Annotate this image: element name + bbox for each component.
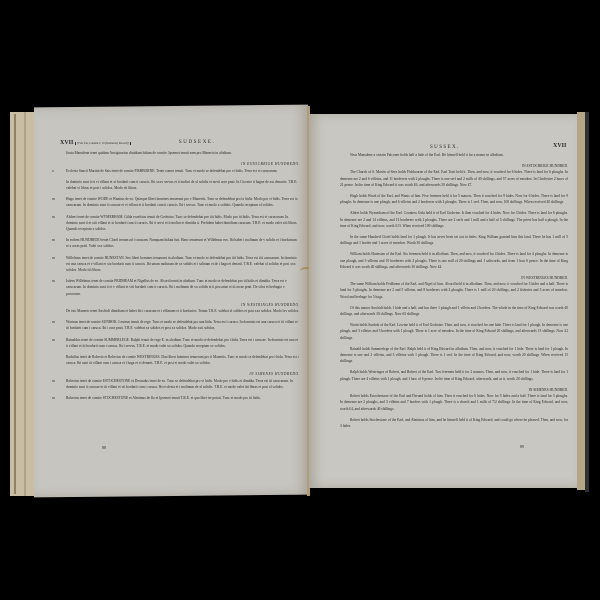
entry-text: Robert holds Stochestone of the Earl, an… bbox=[340, 418, 568, 428]
entry-text: De isto Manerio tenet Ansfridi dimidiam … bbox=[66, 309, 299, 313]
margin-mark: m bbox=[52, 337, 55, 343]
entry-paragraph: De isto Manerio tenet Ansfridi dimidiam … bbox=[60, 308, 300, 314]
book-cover bbox=[585, 112, 589, 492]
entry-text: Ralph holds Westringes of Robert, and Ro… bbox=[340, 370, 568, 380]
entry-text: Robertus tenet de comite STOCHESTONE et … bbox=[66, 396, 261, 400]
entry-text: Hugh holds Wood of the Earl, and Wanis o… bbox=[340, 194, 568, 204]
margin-mark: m bbox=[52, 214, 55, 220]
right-page-number: XVII bbox=[553, 143, 566, 149]
margin-mark: m bbox=[52, 196, 55, 202]
entry-paragraph: Robert holds Estochestone of the Earl an… bbox=[340, 393, 568, 412]
entry-text: Warinus tenet de comite SUNHOK. Leuinus … bbox=[66, 320, 298, 330]
entry-paragraph: aEcclesia Sancti Martini de Sais tenet d… bbox=[60, 168, 300, 174]
entry-paragraph: mIn eodem HUNDREDO tenet Clotel terram a… bbox=[60, 237, 300, 249]
left-page-text: XVII [Fols 24a, Column 1; 16 (Domesday R… bbox=[60, 140, 300, 406]
entry-text: Ecclesia Sancti Martini de Sais tenet de… bbox=[66, 169, 277, 173]
entry-text: Isdem Willelmus tenet de comite FRIDHEAM… bbox=[66, 279, 287, 295]
left-entries: Jouta Mansdene tenet quidam Anciginarius… bbox=[60, 150, 300, 401]
entry-paragraph: Robert holds Stochestone of the Earl, an… bbox=[340, 417, 568, 429]
margin-mark: m bbox=[52, 395, 55, 401]
entry-text: Near Mansdene a certain Falconer holds h… bbox=[350, 153, 504, 157]
entry-text: Jouta Mansdene tenet quidam Anciginarius… bbox=[66, 151, 232, 155]
entry-paragraph: Ralph holds Westringes of Robert, and Ro… bbox=[340, 369, 568, 381]
entry-paragraph: Radulfus tenet de Roberto et Robertus de… bbox=[60, 354, 300, 366]
entry-text: Warin holds Sunhok of the Earl. Lewine h… bbox=[340, 323, 568, 339]
entry-paragraph: mWarinus tenet de comite SUNHOK. Leuinus… bbox=[60, 319, 300, 331]
entry-text: Radulfus tenet de Roberto et Robertus de… bbox=[66, 355, 299, 365]
entry-paragraph: William holds Hunestan of the Earl. Six … bbox=[340, 251, 568, 270]
margin-mark: m bbox=[52, 237, 55, 243]
entry-paragraph: mRainaldus tenet de comite SUMMERLEGE. R… bbox=[60, 337, 300, 349]
right-page-edges bbox=[577, 112, 585, 490]
entry-paragraph: mAlsbert tenet de comite WYMERHAM. Gilda… bbox=[60, 214, 300, 233]
margin-mark: m bbox=[52, 319, 55, 325]
entry-text: In dominio sunt ii et vi villani et xi b… bbox=[66, 180, 297, 190]
entry-text: Alsbert tenet de comite WYMERHAM. Gilda … bbox=[66, 215, 297, 231]
entry-text: Willelmus tenet de comite HUNESTAN. Sex … bbox=[66, 256, 297, 272]
right-page-title: SUSSEX. bbox=[430, 145, 570, 150]
right-folio-number: 89 bbox=[520, 444, 524, 449]
entry-text: The Church of S. Martin of Sees holds Fi… bbox=[340, 170, 568, 186]
left-page-header: XVII [Fols 24a, Column 1; 16 (Domesday R… bbox=[60, 140, 300, 146]
entry-paragraph: mIsdem Willelmus tenet de comite FRIDHEA… bbox=[60, 278, 300, 297]
entry-paragraph: mWillelmus tenet de comite HUNESTAN. Sex… bbox=[60, 255, 300, 274]
entry-paragraph: mRobertus tenet de comite STOCHESTONE et… bbox=[60, 395, 300, 401]
open-book: XVII [Fols 24a, Column 1; 16 (Domesday R… bbox=[0, 0, 600, 600]
entry-paragraph: mRobertus tenet de comite ESTOCHESTONE e… bbox=[60, 378, 300, 390]
entry-text: In eodem HUNDREDO tenet Clotel terram ad… bbox=[66, 238, 297, 248]
right-page-text: Near Mansdene a certain Falconer holds h… bbox=[340, 152, 568, 434]
entry-text: Of this manor Ansfridi holds 1 hide and … bbox=[340, 306, 568, 316]
entry-paragraph: Of this manor Ansfridi holds 1 hide and … bbox=[340, 305, 568, 317]
left-folio-number: 88 bbox=[102, 445, 106, 450]
right-entries: Near Mansdene a certain Falconer holds h… bbox=[340, 152, 568, 429]
left-page-number: XVII bbox=[60, 140, 73, 146]
entry-paragraph: Rainald holds Summerlege of the Earl. Ra… bbox=[340, 346, 568, 365]
margin-mark: m bbox=[52, 255, 55, 261]
entry-text: The same William holds Fridheam of the E… bbox=[340, 282, 568, 298]
entry-paragraph: The Church of S. Martin of Sees holds Fi… bbox=[340, 169, 568, 188]
entry-text: Rainaldus tenet de comite SUMMERLEGE. Ra… bbox=[66, 338, 298, 348]
entry-text: In the same Hundred Clotel holds land fo… bbox=[340, 235, 568, 245]
left-page-title: SUDSEXE. bbox=[179, 140, 216, 146]
entry-paragraph: Aldret holds Wymerham of the Earl. Count… bbox=[340, 210, 568, 229]
entry-text: Robert holds Estochestone of the Earl an… bbox=[340, 394, 568, 410]
entry-text: Hugo tenet de comite WODE et Wanitus de … bbox=[66, 197, 298, 207]
entry-text: Robertus tenet de comite ESTOCHESTONE et… bbox=[66, 379, 293, 389]
entry-paragraph: Hugh holds Wood of the Earl, and Wanis o… bbox=[340, 193, 568, 205]
entry-text: Aldret holds Wymerham of the Earl. Count… bbox=[340, 211, 568, 227]
folio-reference: [Fols 24a, Column 1; 16 (Domesday Record… bbox=[75, 142, 131, 145]
entry-text: Rainald holds Summerlege of the Earl. Ra… bbox=[340, 347, 568, 363]
margin-mark: m bbox=[52, 378, 55, 384]
margin-mark: m bbox=[52, 278, 55, 284]
entry-text: William holds Hunestan of the Earl. Six … bbox=[340, 252, 568, 268]
entry-paragraph: Warin holds Sunhok of the Earl. Lewine h… bbox=[340, 322, 568, 341]
entry-paragraph: Near Mansdene a certain Falconer holds h… bbox=[340, 152, 568, 158]
entry-paragraph: mHugo tenet de comite WODE et Wanitus de… bbox=[60, 196, 300, 208]
entry-paragraph: In the same Hundred Clotel holds land fo… bbox=[340, 234, 568, 246]
entry-paragraph: In dominio sunt ii et vi villani et xi b… bbox=[60, 179, 300, 191]
entry-paragraph: Jouta Mansdene tenet quidam Anciginarius… bbox=[60, 150, 300, 156]
entry-paragraph: The same William holds Fridheam of the E… bbox=[340, 281, 568, 300]
margin-mark: a bbox=[52, 168, 54, 174]
